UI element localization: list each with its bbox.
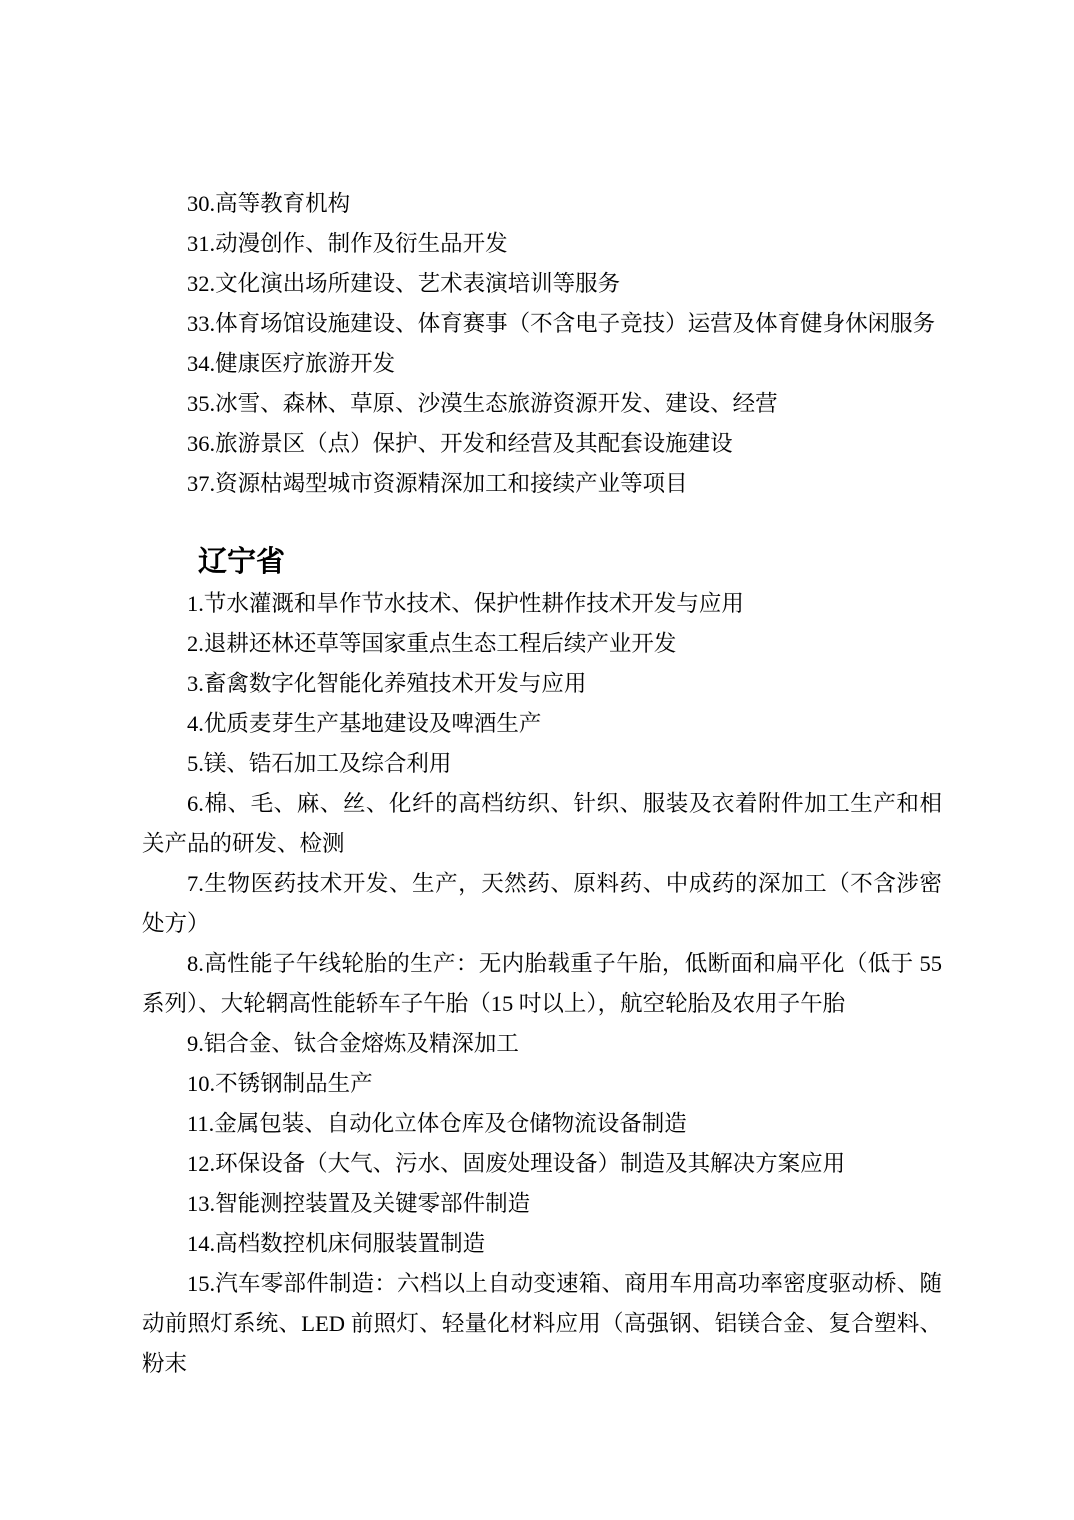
list-item: 34.健康医疗旅游开发 bbox=[142, 344, 942, 384]
list-item: 33.体育场馆设施建设、体育赛事（不含电子竞技）运营及体育健身休闲服务 bbox=[142, 304, 942, 344]
list-item: 4.优质麦芽生产基地建设及啤酒生产 bbox=[142, 704, 942, 744]
list-item: 32.文化演出场所建设、艺术表演培训等服务 bbox=[142, 264, 942, 304]
list-item: 6.棉、毛、麻、丝、化纤的高档纺织、针织、服装及衣着附件加工生产和相关产品的研发… bbox=[142, 784, 942, 864]
list-item: 13.智能测控装置及关键零部件制造 bbox=[142, 1184, 942, 1224]
list-item: 14.高档数控机床伺服装置制造 bbox=[142, 1224, 942, 1264]
list-item: 3.畜禽数字化智能化养殖技术开发与应用 bbox=[142, 664, 942, 704]
list-item: 12.环保设备（大气、污水、固废处理设备）制造及其解决方案应用 bbox=[142, 1144, 942, 1184]
list-item: 9.铝合金、钛合金熔炼及精深加工 bbox=[142, 1024, 942, 1064]
list-item: 8.高性能子午线轮胎的生产：无内胎载重子午胎，低断面和扁平化（低于 55 系列）… bbox=[142, 944, 942, 1024]
list-item: 2.退耕还林还草等国家重点生态工程后续产业开发 bbox=[142, 624, 942, 664]
list-item: 11.金属包装、自动化立体仓库及仓储物流设备制造 bbox=[142, 1104, 942, 1144]
list-item: 1.节水灌溉和旱作节水技术、保护性耕作技术开发与应用 bbox=[142, 584, 942, 624]
list-item: 37.资源枯竭型城市资源精深加工和接续产业等项目 bbox=[142, 464, 942, 504]
list-item: 30.高等教育机构 bbox=[142, 184, 942, 224]
list-item: 7.生物医药技术开发、生产，天然药、原料药、中成药的深加工（不含涉密处方） bbox=[142, 864, 942, 944]
section-liaoning-province-list: 1.节水灌溉和旱作节水技术、保护性耕作技术开发与应用 2.退耕还林还草等国家重点… bbox=[142, 584, 942, 1384]
list-item: 31.动漫创作、制作及衍生品开发 bbox=[142, 224, 942, 264]
province-heading: 辽宁省 bbox=[142, 540, 942, 584]
list-item: 36.旅游景区（点）保护、开发和经营及其配套设施建设 bbox=[142, 424, 942, 464]
list-item: 15.汽车零部件制造：六档以上自动变速箱、商用车用高功率密度驱动桥、随动前照灯系… bbox=[142, 1264, 942, 1384]
list-item: 35.冰雪、森林、草原、沙漠生态旅游资源开发、建设、经营 bbox=[142, 384, 942, 424]
list-item: 5.镁、锆石加工及综合利用 bbox=[142, 744, 942, 784]
document-page: 30.高等教育机构 31.动漫创作、制作及衍生品开发 32.文化演出场所建设、艺… bbox=[0, 0, 1074, 1520]
section-continued-province-list: 30.高等教育机构 31.动漫创作、制作及衍生品开发 32.文化演出场所建设、艺… bbox=[142, 184, 942, 504]
list-item: 10.不锈钢制品生产 bbox=[142, 1064, 942, 1104]
